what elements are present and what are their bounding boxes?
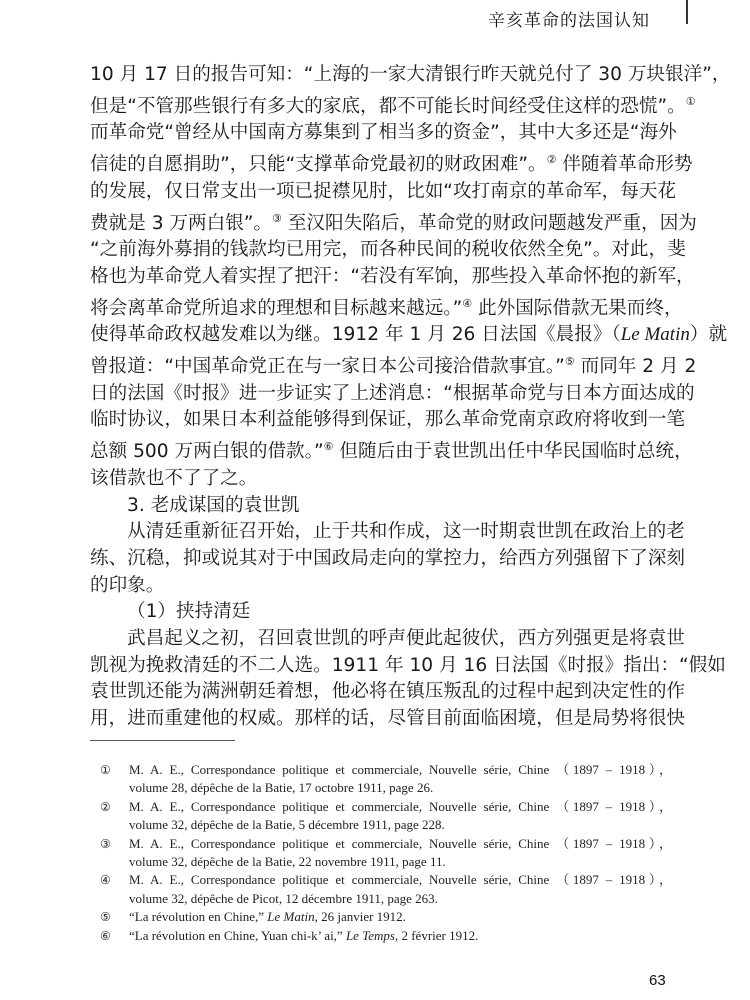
footnote-text-segment: , 26 janvier 1912. xyxy=(315,909,406,924)
footnote-marker: ③ xyxy=(100,835,111,853)
footnote-text: volume 32, dépêche de la Batie, 22 novem… xyxy=(129,853,672,871)
footnote-text-segment: , 2 février 1912. xyxy=(395,928,478,943)
paragraph-line: 武昌起义之初，召回袁世凯的呼声便此起彼伏，西方列强更是将袁世 xyxy=(90,626,674,653)
footnote-ref-2[interactable]: ② xyxy=(547,153,557,166)
footnote-5: ⑤ “La révolution en Chine,” Le Matin, 26… xyxy=(100,908,672,926)
page-number: 63 xyxy=(649,972,666,989)
footnote-3: ③ M. A. E., Correspondance politique et … xyxy=(100,835,672,872)
text-segment: “之前海外募捐的钱款均已用完，而各种民间的税收依然全免”。对此，斐 xyxy=(90,239,686,260)
footnote-separator xyxy=(90,740,235,741)
text-segment: 此外国际借款无果而终， xyxy=(472,298,682,319)
newspaper-title-italic: Le Matin xyxy=(621,324,690,345)
footnote-4: ④ M. A. E., Correspondance politique et … xyxy=(100,871,672,908)
text-segment: 信徒的自愿捐助”，只能“支撑革命党最初的财政困难”。 xyxy=(90,154,547,175)
text-line: 而革命党“曾经从中国南方募集到了相当多的资金”，其中大多还是“海外 xyxy=(90,120,674,147)
section-heading: 3. 老成谋国的袁世凯 xyxy=(90,493,674,520)
paragraph-line: 凯视为挽救清廷的不二人选。1911 年 10 月 16 日法国《时报》指出：“假… xyxy=(90,653,674,680)
text-segment: 而革命党“曾经从中国南方募集到了相当多的资金”，其中大多还是“海外 xyxy=(90,122,677,143)
text-line: 该借款也不了了之。 xyxy=(90,466,674,493)
text-line: 总额 500 万两白银的借款。”⑥ 但随后由于袁世凯出任中华民国临时总统， xyxy=(90,434,674,466)
footnote-text: “La révolution en Chine,” Le Matin, 26 j… xyxy=(129,908,672,926)
text-segment: 的发展，仅日常支出一项已捉襟见肘，比如“攻打南京的革命军，每天花 xyxy=(90,181,676,202)
footnote-2: ② M. A. E., Correspondance politique et … xyxy=(100,798,672,835)
footnote-6: ⑥ “La révolution en Chine, Yuan chi-k’ a… xyxy=(100,927,672,945)
text-line: 格也为革命党人着实捏了把汗：“若没有军饷，那些投入革命怀抱的新军， xyxy=(90,264,674,291)
footnote-text: volume 32, dépêche de la Batie, 5 décemb… xyxy=(129,816,672,834)
footnote-ref-6[interactable]: ⑥ xyxy=(324,440,334,453)
text-segment: 10 月 17 日的报告可知：“上海的一家大清银行昨天就兑付了 30 万块银洋”… xyxy=(90,64,730,85)
footnote-text: M. A. E., Correspondance politique et co… xyxy=(129,835,672,853)
footnote-text-segment: “La révolution en Chine,” xyxy=(129,909,267,924)
newspaper-title-italic: Le Matin xyxy=(267,909,314,924)
footnote-ref-4[interactable]: ④ xyxy=(462,297,472,310)
footnote-marker: ⑤ xyxy=(100,908,111,926)
footnote-1: ① M. A. E., Correspondance politique et … xyxy=(100,761,672,798)
paragraph-line: 袁世凯还能为满洲朝廷着想，他必将在镇压叛乱的过程中起到决定性的作 xyxy=(90,679,674,706)
text-segment: 将会离革命党所追求的理想和目标越来越远。” xyxy=(90,298,462,319)
header-divider xyxy=(686,0,688,24)
text-line: 临时协议，如果日本利益能够得到保证，那么革命党南京政府将收到一笔 xyxy=(90,407,674,434)
text-segment: 而同年 2 月 2 xyxy=(575,356,697,377)
running-head-title: 辛亥革命的法国认知 xyxy=(488,6,650,31)
text-segment: 日的法国《时报》进一步证实了上述消息：“根据革命党与日本方面达成的 xyxy=(90,383,695,404)
text-segment: 费就是 3 万两白银”。 xyxy=(90,213,272,234)
text-segment: 使得革命政权越发难以为继。1912 年 1 月 26 日法国《晨报》（ xyxy=(90,324,621,345)
text-segment: 总额 500 万两白银的借款。” xyxy=(90,441,324,462)
newspaper-title-italic: Le Temps xyxy=(346,928,395,943)
text-line: 但是“不管那些银行有多大的家底，都不可能长时间经受住这样的恐慌”。① xyxy=(90,89,674,121)
text-line: 信徒的自愿捐助”，只能“支撑革命党最初的财政困难”。② 伴随着革命形势 xyxy=(90,147,674,179)
paragraph-line: 的印象。 xyxy=(90,573,674,600)
text-segment: 至汉阳失陷后，革命党的财政问题越发严重，因为 xyxy=(282,213,697,234)
footnote-text: M. A. E., Correspondance politique et co… xyxy=(129,798,672,816)
text-line: 曾报道：“中国革命党正在与一家日本公司接洽借款事宜。”⑤ 而同年 2 月 2 xyxy=(90,349,674,381)
text-line: 日的法国《时报》进一步证实了上述消息：“根据革命党与日本方面达成的 xyxy=(90,381,674,408)
footnote-marker: ④ xyxy=(100,871,111,889)
footnote-marker: ① xyxy=(100,761,111,779)
footnote-text: M. A. E., Correspondance politique et co… xyxy=(129,871,672,889)
main-text: 10 月 17 日的报告可知：“上海的一家大清银行昨天就兑付了 30 万块银洋”… xyxy=(90,62,674,733)
text-segment: 格也为革命党人着实捏了把汗：“若没有军饷，那些投入革命怀抱的新军， xyxy=(90,266,695,287)
text-segment: 临时协议，如果日本利益能够得到保证，那么革命党南京政府将收到一笔 xyxy=(90,409,685,430)
paragraph-line: 练、沉稳，抑或说其对于中国政局走向的掌控力，给西方列强留下了深刻 xyxy=(90,546,674,573)
footnote-ref-3[interactable]: ③ xyxy=(272,212,282,225)
text-line: “之前海外募捐的钱款均已用完，而各种民间的税收依然全免”。对此，斐 xyxy=(90,237,674,264)
text-line: 10 月 17 日的报告可知：“上海的一家大清银行昨天就兑付了 30 万块银洋”… xyxy=(90,62,674,89)
footnote-marker: ② xyxy=(100,798,111,816)
footnote-text: M. A. E., Correspondance politique et co… xyxy=(129,761,672,779)
subsection-heading: （1）挟持清廷 xyxy=(90,599,674,626)
footnotes: ① M. A. E., Correspondance politique et … xyxy=(100,761,672,945)
footnote-ref-5[interactable]: ⑤ xyxy=(565,355,575,368)
text-segment: 该借款也不了了之。 xyxy=(90,468,257,489)
text-line: 费就是 3 万两白银”。③ 至汉阳失陷后，革命党的财政问题越发严重，因为 xyxy=(90,206,674,238)
text-line: 将会离革命党所追求的理想和目标越来越远。”④ 此外国际借款无果而终， xyxy=(90,291,674,323)
text-segment: 伴随着革命形势 xyxy=(556,154,692,175)
footnote-marker: ⑥ xyxy=(100,927,111,945)
text-segment: 但是“不管那些银行有多大的家底，都不可能长时间经受住这样的恐慌”。 xyxy=(90,96,686,117)
text-line: 的发展，仅日常支出一项已捉襟见肘，比如“攻打南京的革命军，每天花 xyxy=(90,179,674,206)
footnote-text: volume 32, dépêche de Picot, 12 décembre… xyxy=(129,890,672,908)
footnote-ref-1[interactable]: ① xyxy=(686,95,696,108)
footnote-text: “La révolution en Chine, Yuan chi-k’ ai,… xyxy=(129,927,672,945)
footnote-text: volume 28, dépêche de la Batie, 17 octob… xyxy=(129,779,672,797)
text-line: 使得革命政权越发难以为继。1912 年 1 月 26 日法国《晨报》（Le Ma… xyxy=(90,322,674,349)
text-segment: ）就 xyxy=(690,324,727,345)
footnote-text-segment: “La révolution en Chine, Yuan chi-k’ ai,… xyxy=(129,928,346,943)
paragraph-line: 从清廷重新征召开始，止于共和作成，这一时期袁世凯在政治上的老 xyxy=(90,519,674,546)
text-segment: 曾报道：“中国革命党正在与一家日本公司接洽借款事宜。” xyxy=(90,356,565,377)
paragraph-line: 用，进而重建他的权威。那样的话，尽管目前面临困境，但是局势将很快 xyxy=(90,706,674,733)
text-segment: 但随后由于袁世凯出任中华民国临时总统， xyxy=(333,441,692,462)
